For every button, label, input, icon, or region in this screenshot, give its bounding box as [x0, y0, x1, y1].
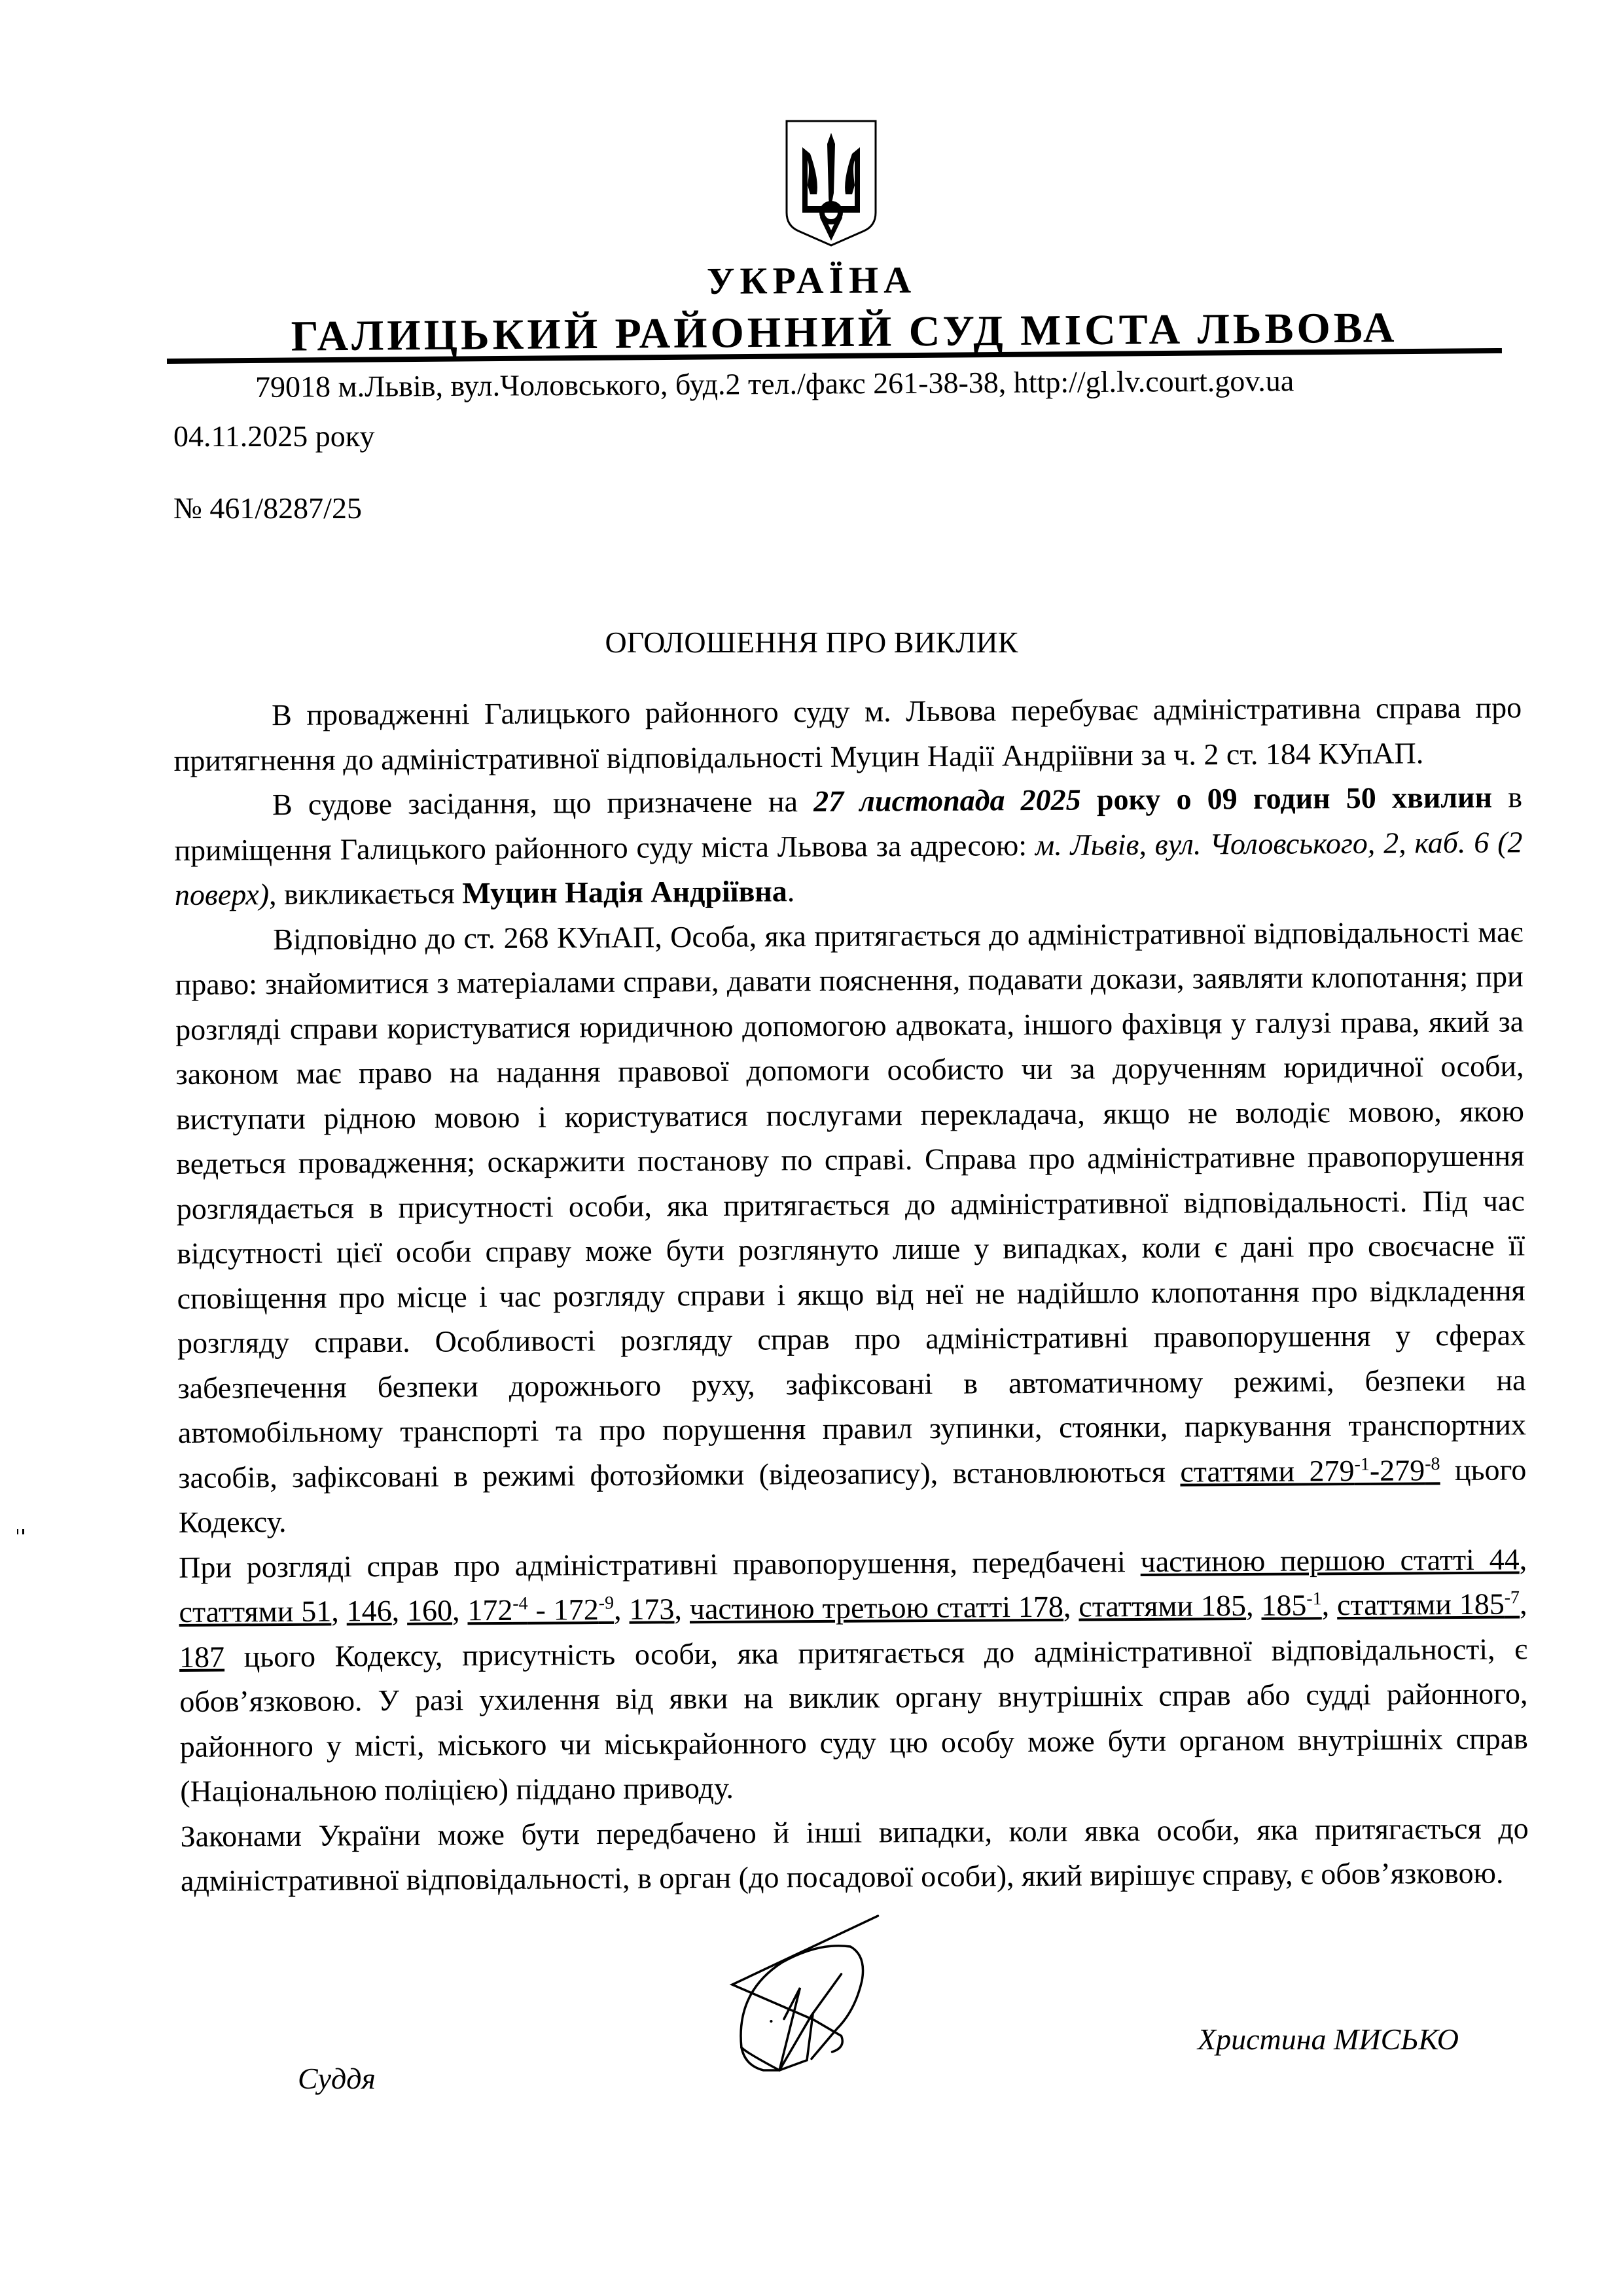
article-reference: 146 [346, 1594, 391, 1627]
court-address: 79018 м.Львів, вул.Чоловського, буд.2 те… [255, 363, 1294, 404]
judge-name: Христина МИСЬКО [1198, 2022, 1459, 2057]
paragraph-summons: В судове засідання, що призначене на 27 … [174, 775, 1523, 917]
article-reference: 187 [179, 1640, 224, 1673]
article-reference: 172-4 - 172-9 [467, 1593, 614, 1627]
document-date: 04.11.2025 року [173, 419, 375, 453]
article-reference: статтями 51 [179, 1595, 331, 1629]
signature-icon [681, 1901, 942, 2176]
hearing-date: 27 листопада 2025 [813, 783, 1081, 818]
article-reference: 185-1 [1261, 1588, 1322, 1622]
summoned-person: Муцин Надія Андріївна [462, 874, 787, 910]
paragraph-other-cases: Законами України може бути передбачено й… [180, 1806, 1529, 1904]
document-title: ОГОЛОШЕННЯ ПРО ВИКЛИК [0, 625, 1623, 660]
country-heading: УКРАЇНА [0, 253, 1623, 307]
paragraph-rights: Відповідно до ст. 268 КУпАП, Особа, яка … [175, 910, 1527, 1545]
case-number: № 461/8287/25 [173, 491, 362, 525]
article-reference: статтями 185 [1079, 1589, 1246, 1623]
article-reference: 173 [629, 1592, 674, 1625]
document-body: В провадженні Галицького районного суду … [173, 685, 1529, 1903]
article-reference: статтями 279-1-279-8 [1180, 1453, 1440, 1488]
coat-of-arms-icon [779, 115, 883, 252]
paragraph-case: В провадженні Галицького районного суду … [173, 685, 1522, 783]
signatory-role: Суддя [298, 2061, 376, 2096]
article-reference: частиною третьою статті 178 [690, 1590, 1063, 1625]
article-reference: частиною першою статті 44 [1140, 1542, 1519, 1578]
article-reference: статтями 185-7 [1337, 1587, 1520, 1621]
scan-artifact [14, 1528, 27, 1547]
paragraph-mandatory-presence: При розгляді справ про адміністративні п… [179, 1537, 1528, 1814]
article-reference: 160 [407, 1593, 452, 1627]
hearing-time: року о 09 годин 50 хвилин [1081, 781, 1493, 817]
